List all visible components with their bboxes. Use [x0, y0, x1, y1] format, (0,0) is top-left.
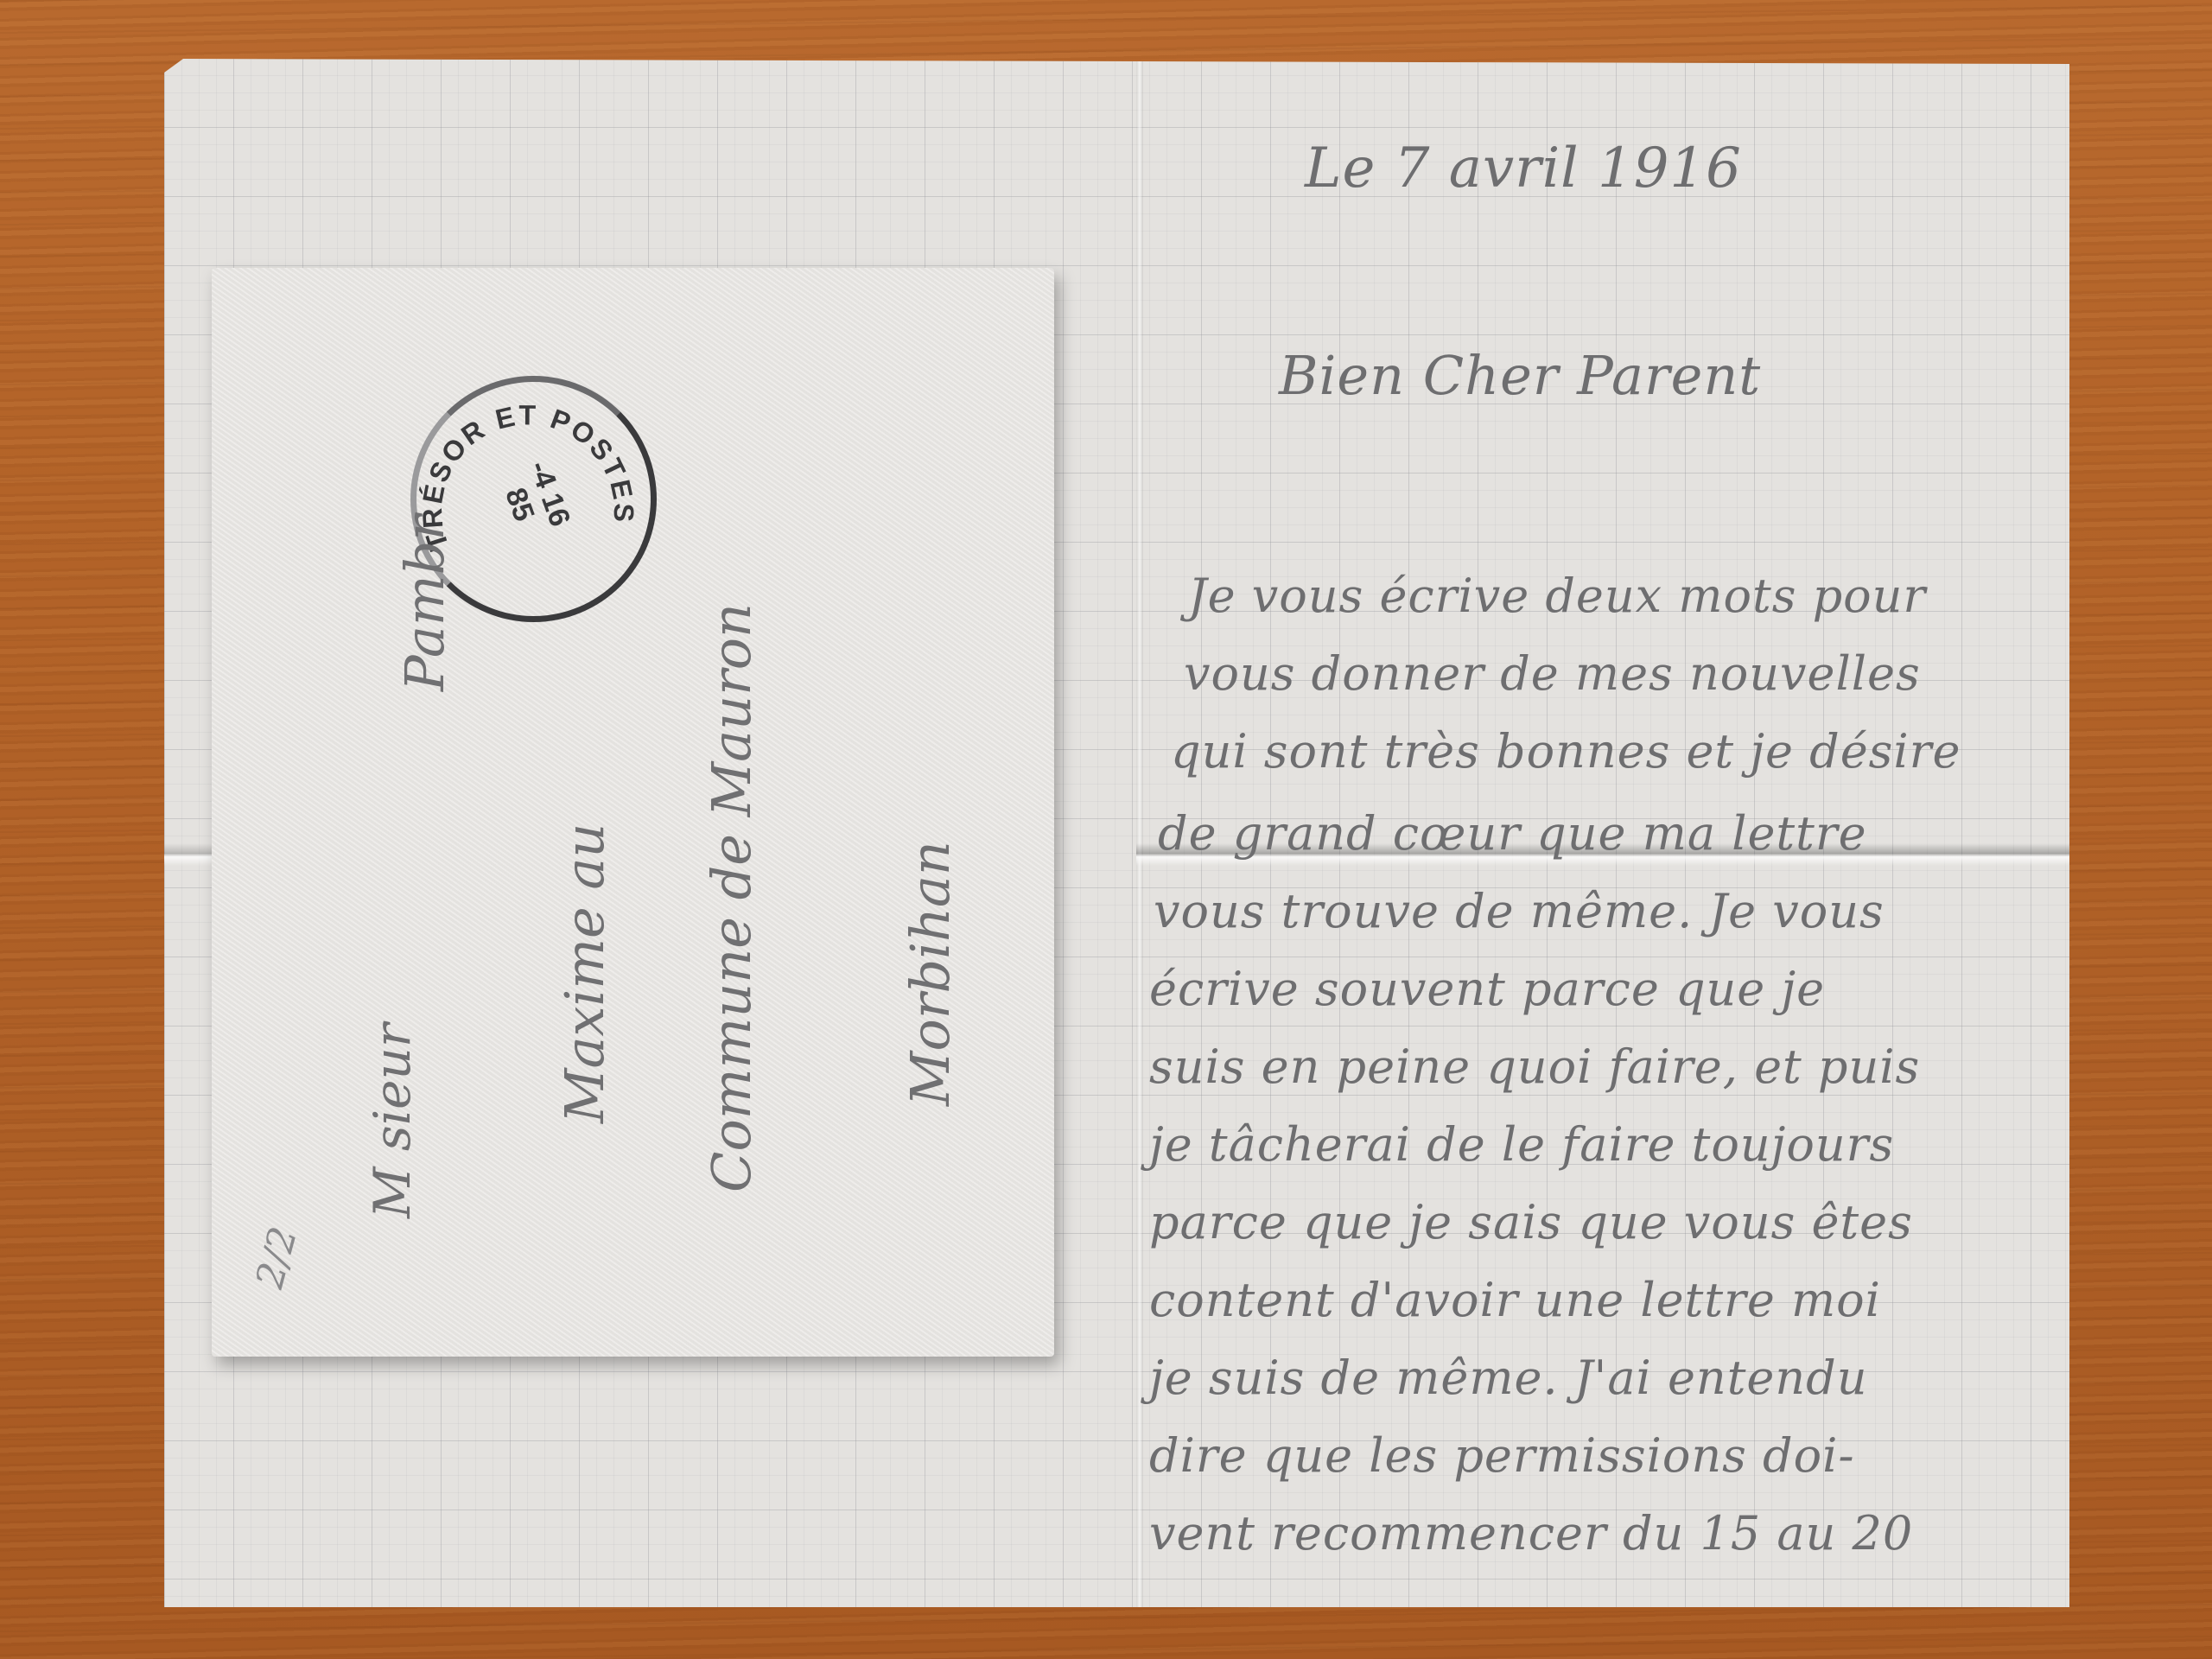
letter-line: suis en peine quoi faire, et puis: [1149, 1039, 1920, 1094]
address-line: M sieur: [363, 1023, 422, 1218]
vertical-fold: [1136, 59, 1143, 1607]
letter-line: qui sont très bonnes et je désire: [1171, 724, 1961, 779]
letter-line: vent recommencer du 15 au 20: [1149, 1506, 1913, 1560]
letter-line: vous trouve de même. Je vous: [1154, 884, 1885, 938]
horizontal-fold-left: [164, 843, 216, 866]
letter-line: Je vous écrive deux mots pour: [1188, 569, 1926, 623]
address-line: Maxime au: [553, 823, 616, 1123]
letter-date: Le 7 avril 1916: [1305, 137, 1742, 200]
address-line: Morbihan: [899, 841, 962, 1106]
letter-line: vous donner de mes nouvelles: [1184, 646, 1921, 701]
letter-line: je suis de même. J'ai entendu: [1149, 1351, 1868, 1405]
letter-line: content d'avoir une lettre moi: [1149, 1273, 1881, 1327]
address-line: Pambr: [393, 515, 456, 691]
letter-line: je tâcherai de le faire toujours: [1149, 1117, 1894, 1172]
letter-line: écrive souvent parce que je: [1149, 962, 1825, 1016]
address-line: Commune de Mauron: [700, 603, 763, 1192]
letter-salutation: Bien Cher Parent: [1279, 344, 1761, 407]
letter-line: dire que les permissions doi-: [1149, 1428, 1855, 1483]
letter-line: parce que je sais que vous êtes: [1149, 1195, 1913, 1249]
letter-line: de grand cœur que ma lettre: [1158, 806, 1867, 861]
